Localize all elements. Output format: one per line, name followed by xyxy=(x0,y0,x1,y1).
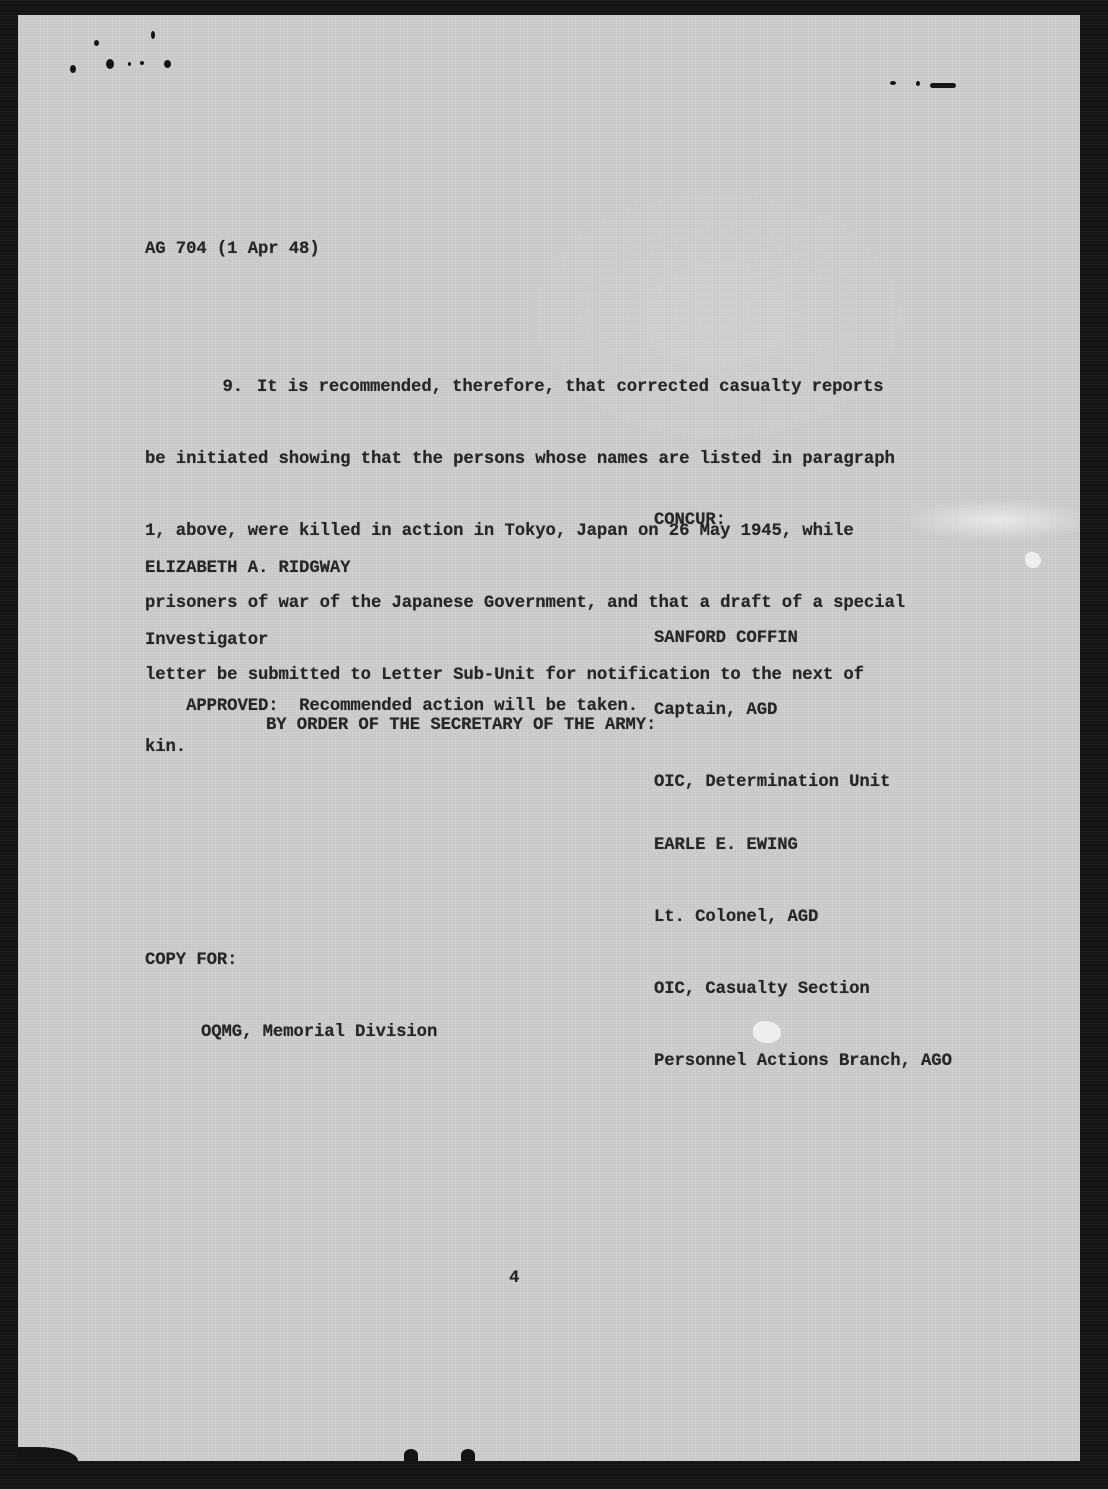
signatory-name: EARLE E. EWING xyxy=(654,834,952,858)
copy-for-block: COPY FOR: OQMG, Memorial Division xyxy=(145,901,437,1093)
signatory-rank: Lt. Colonel, AGD xyxy=(654,906,952,930)
signatory-position: OIC, Casualty Section xyxy=(654,978,952,1002)
signatory-block: EARLE E. EWING Lt. Colonel, AGD OIC, Cas… xyxy=(654,786,952,1122)
concur-rank: Captain, AGD xyxy=(654,699,890,723)
ink-speck xyxy=(140,61,144,65)
ink-speck xyxy=(164,60,171,68)
ink-speck xyxy=(70,65,76,73)
ink-speck xyxy=(890,81,896,85)
document-reference: AG 704 (1 Apr 48) xyxy=(145,238,320,262)
paragraph-line: It is recommended, therefore, that corre… xyxy=(257,378,884,397)
signatory-branch: Personnel Actions Branch, AGO xyxy=(654,1050,952,1074)
investigator-name: ELIZABETH A. RIDGWAY xyxy=(145,557,350,581)
concur-label: CONCUR: xyxy=(654,509,726,533)
order-authority: BY ORDER OF THE SECRETARY OF THE ARMY: xyxy=(266,714,656,738)
edge-notch xyxy=(404,1449,418,1461)
copy-for-label: COPY FOR: xyxy=(145,949,437,973)
ink-speck xyxy=(94,40,99,46)
approved-label: APPROVED: xyxy=(186,697,278,716)
document-page: AG 704 (1 Apr 48) 9.It is recommended, t… xyxy=(18,15,1080,1461)
ink-speck xyxy=(916,81,920,86)
paragraph-line: be initiated showing that the persons wh… xyxy=(145,448,905,472)
edge-notch xyxy=(461,1449,475,1461)
page-number: 4 xyxy=(509,1267,519,1291)
ink-speck xyxy=(151,31,155,39)
ink-speck xyxy=(128,62,131,66)
ink-speck xyxy=(106,59,114,69)
concur-name: SANFORD COFFIN xyxy=(654,627,890,651)
ink-speck xyxy=(930,83,956,88)
copy-recipient: OQMG, Memorial Division xyxy=(145,1021,437,1045)
paragraph-number: 9. xyxy=(145,376,257,400)
investigator-title: Investigator xyxy=(145,629,350,653)
glare-spot xyxy=(1025,552,1041,568)
